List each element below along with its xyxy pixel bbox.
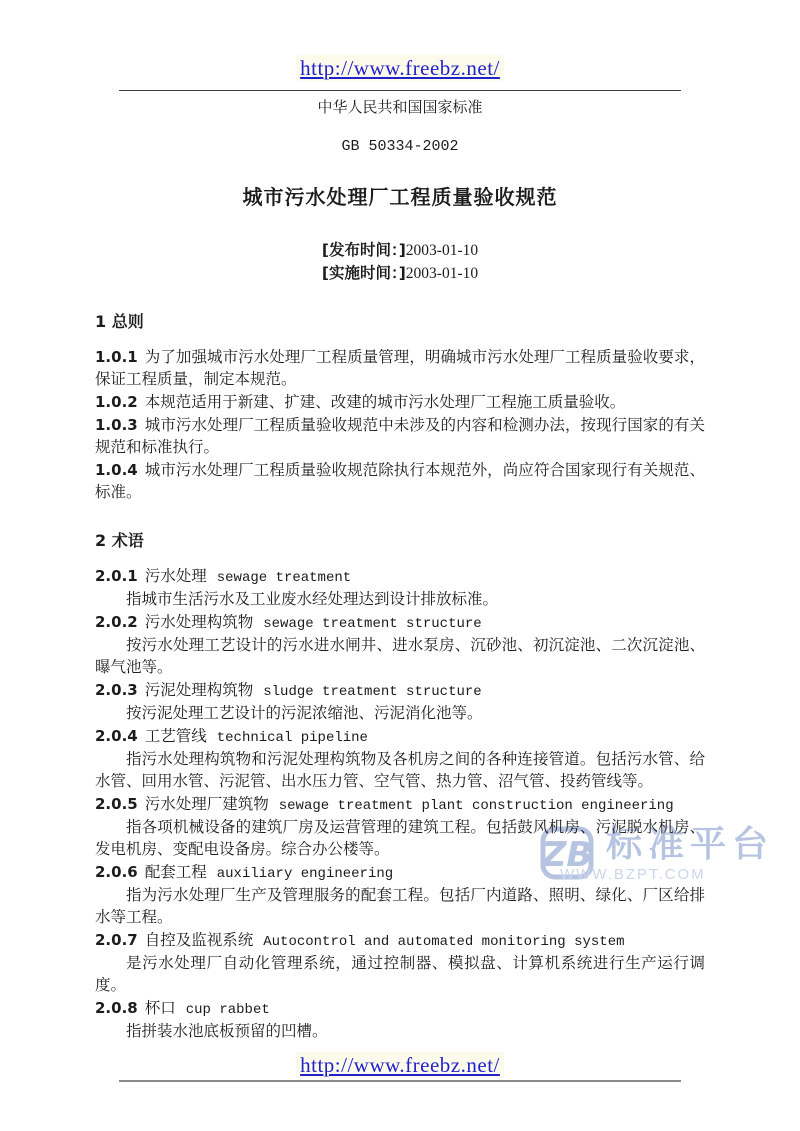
term-number: 2.0.1 (95, 567, 138, 585)
page-title: 城市污水处理厂工程质量验收规范 (0, 181, 800, 210)
clause-paragraph: 1.0.1为了加强城市污水处理厂工程质量管理，明确城市污水处理厂工程质量验收要求… (95, 346, 705, 391)
publish-date-label: [发布时间：] (322, 241, 406, 259)
term-entry: 2.0.1污水处理sewage treatment 指城市生活污水及工业废水经处… (95, 565, 705, 611)
term-definition: 按污泥处理工艺设计的污泥浓缩池、污泥消化池等。 (95, 703, 705, 725)
term-english: cup rabbet (186, 1002, 270, 1018)
standard-code: GB 50334-2002 (0, 138, 800, 155)
term-english: sludge treatment structure (263, 684, 481, 700)
term-chinese: 污水处理构筑物 (145, 614, 254, 631)
term-entry: 2.0.7自控及监视系统Autocontrol and automated mo… (95, 929, 705, 997)
term-number: 2.0.4 (95, 727, 138, 745)
term-number: 2.0.2 (95, 613, 138, 631)
section-heading-general: 1 总则 (95, 311, 705, 333)
term-english: auxiliary engineering (217, 866, 393, 882)
bottom-link-row: http://www.freebz.net/ (0, 1053, 800, 1078)
top-link[interactable]: http://www.freebz.net/ (296, 55, 504, 81)
term-number: 2.0.7 (95, 931, 138, 949)
top-divider (119, 90, 681, 91)
term-line: 2.0.7自控及监视系统Autocontrol and automated mo… (95, 929, 705, 953)
term-entry: 2.0.5污水处理厂建筑物sewage treatment plant cons… (95, 793, 705, 861)
clause-number: 1.0.3 (95, 416, 138, 434)
term-english: sewage treatment plant construction engi… (279, 798, 674, 814)
term-english: Autocontrol and automated monitoring sys… (263, 934, 624, 950)
term-entry: 2.0.8杯口cup rabbet 指拼装水池底板预留的凹槽。 (95, 997, 705, 1043)
bottom-divider (119, 1080, 681, 1082)
clause-text: 本规范适用于新建、扩建、改建的城市污水处理厂工程施工质量验收。 (145, 394, 626, 411)
term-entry: 2.0.4工艺管线technical pipeline 指污水处理构筑物和污泥处… (95, 725, 705, 793)
term-line: 2.0.6配套工程auxiliary engineering (95, 861, 705, 885)
term-english: technical pipeline (217, 730, 368, 746)
general-items: 1.0.1为了加强城市污水处理厂工程质量管理，明确城市污水处理厂工程质量验收要求… (95, 346, 705, 504)
clause-paragraph: 1.0.2本规范适用于新建、扩建、改建的城市污水处理厂工程施工质量验收。 (95, 391, 705, 414)
term-chinese: 杯口 (145, 1000, 176, 1017)
term-english: sewage treatment structure (263, 616, 481, 632)
term-chinese: 污泥处理构筑物 (145, 682, 254, 699)
term-chinese: 污水处理厂建筑物 (145, 796, 269, 813)
term-english: sewage treatment (217, 570, 351, 586)
clause-number: 1.0.4 (95, 461, 138, 479)
clause-number: 1.0.1 (95, 348, 138, 366)
implement-date-value: 2003-01-10 (406, 265, 478, 282)
clause-paragraph: 1.0.3城市污水处理厂工程质量验收规范中未涉及的内容和检测办法，按现行国家的有… (95, 414, 705, 459)
term-chinese: 工艺管线 (145, 728, 207, 745)
term-entries: 2.0.1污水处理sewage treatment 指城市生活污水及工业废水经处… (95, 565, 705, 1043)
term-definition: 指拼装水池底板预留的凹槽。 (95, 1021, 705, 1043)
publish-date-line: [发布时间：]2003-01-10 (0, 239, 800, 262)
date-block: [发布时间：]2003-01-10 [实施时间：]2003-01-10 (0, 239, 800, 285)
term-number: 2.0.6 (95, 863, 138, 881)
term-number: 2.0.8 (95, 999, 138, 1017)
term-definition: 指为污水处理厂生产及管理服务的配套工程。包括厂内道路、照明、绿化、厂区给排水等工… (95, 885, 705, 929)
document-page: { "document": { "top_link": { "text": "h… (0, 0, 800, 1131)
term-entry: 2.0.3污泥处理构筑物sludge treatment structure 按… (95, 679, 705, 725)
term-line: 2.0.5污水处理厂建筑物sewage treatment plant cons… (95, 793, 705, 817)
implement-date-label: [实施时间：] (322, 264, 406, 282)
term-entry: 2.0.6配套工程auxiliary engineering 指为污水处理厂生产… (95, 861, 705, 929)
clause-text: 城市污水处理厂工程质量验收规范除执行本规范外，尚应符合国家现行有关规范、标准。 (95, 462, 705, 501)
term-entry: 2.0.2污水处理构筑物sewage treatment structure 按… (95, 611, 705, 679)
term-definition: 指各项机械设备的建筑厂房及运营管理的建筑工程。包括鼓风机房、污泥脱水机房、发电机… (95, 817, 705, 861)
term-number: 2.0.3 (95, 681, 138, 699)
term-chinese: 配套工程 (145, 864, 207, 881)
clause-paragraph: 1.0.4城市污水处理厂工程质量验收规范除执行本规范外，尚应符合国家现行有关规范… (95, 459, 705, 504)
term-line: 2.0.8杯口cup rabbet (95, 997, 705, 1021)
document-body: 1 总则 1.0.1为了加强城市污水处理厂工程质量管理，明确城市污水处理厂工程质… (95, 311, 705, 1043)
standard-org: 中华人民共和国国家标准 (0, 96, 800, 117)
term-line: 2.0.1污水处理sewage treatment (95, 565, 705, 589)
term-chinese: 自控及监视系统 (145, 932, 254, 949)
bottom-link[interactable]: http://www.freebz.net/ (296, 1052, 504, 1078)
term-line: 2.0.4工艺管线technical pipeline (95, 725, 705, 749)
term-line: 2.0.3污泥处理构筑物sludge treatment structure (95, 679, 705, 703)
implement-date-line: [实施时间：]2003-01-10 (0, 262, 800, 285)
clause-text: 为了加强城市污水处理厂工程质量管理，明确城市污水处理厂工程质量验收要求，保证工程… (95, 349, 705, 388)
term-line: 2.0.2污水处理构筑物sewage treatment structure (95, 611, 705, 635)
section-heading-terms: 2 术语 (95, 530, 705, 552)
clause-number: 1.0.2 (95, 393, 138, 411)
clause-text: 城市污水处理厂工程质量验收规范中未涉及的内容和检测办法，按现行国家的有关规范和标… (95, 417, 705, 456)
term-definition: 按污水处理工艺设计的污水进水闸井、进水泵房、沉砂池、初沉淀池、二次沉淀池、曝气池… (95, 635, 705, 679)
term-number: 2.0.5 (95, 795, 138, 813)
term-definition: 指污水处理构筑物和污泥处理构筑物及各机房之间的各种连接管道。包括污水管、给水管、… (95, 749, 705, 793)
publish-date-value: 2003-01-10 (406, 242, 478, 259)
term-definition: 指城市生活污水及工业废水经处理达到设计排放标准。 (95, 589, 705, 611)
term-definition: 是污水处理厂自动化管理系统，通过控制器、模拟盘、计算机系统进行生产运行调度。 (95, 953, 705, 997)
term-chinese: 污水处理 (145, 568, 207, 585)
top-link-row: http://www.freebz.net/ (0, 0, 800, 81)
